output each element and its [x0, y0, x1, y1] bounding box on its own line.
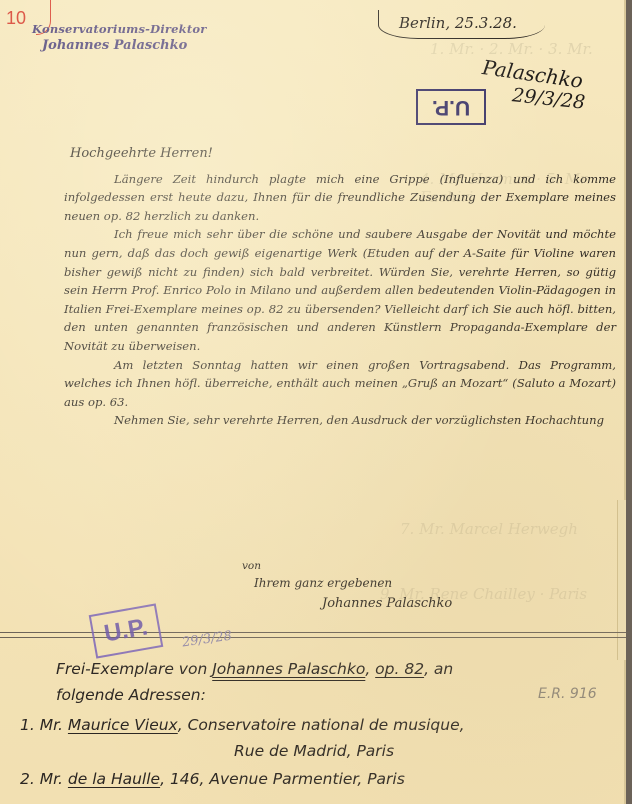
- letter-paragraph: Nehmen Sie, sehr verehrte Herren, den Au…: [64, 411, 616, 430]
- address-name: de la Haulle: [68, 770, 160, 788]
- address-title: Mr.: [40, 716, 63, 734]
- place-date: Berlin, 25.3.28.: [378, 10, 545, 39]
- address-title: Mr.: [40, 770, 63, 788]
- note-heading: Frei-Exemplare von Johannes Palaschko, o…: [56, 660, 453, 678]
- letter-paragraph: Am letzten Sonntag hatten wir einen groß…: [64, 356, 616, 412]
- letter-paragraph: Ich freue mich sehr über die schöne und …: [64, 225, 616, 355]
- address-item: 2. Mr. de la Haulle, 146, Avenue Parment…: [20, 770, 405, 788]
- note-heading-line2: folgende Adressen:: [56, 686, 206, 704]
- letterhead-role: Konservatoriums-Direktor: [32, 22, 206, 36]
- heading-opus: op. 82: [375, 660, 424, 678]
- letter-paragraph: Längere Zeit hindurch plagte mich eine G…: [64, 170, 616, 226]
- letter-closing: von Ihrem ganz ergebenen Johannes Palasc…: [64, 560, 604, 611]
- bleed-through-text: 1. Mr. · 2. Mr. · 3. Mr.: [430, 40, 593, 58]
- signature: Johannes Palaschko: [322, 596, 604, 611]
- bleed-through-text: 7. Mr. Marcel Herwegh: [400, 520, 578, 538]
- closing-von: von: [242, 560, 604, 572]
- heading-prefix: Frei-Exemplare von: [56, 660, 212, 678]
- address-name: Maurice Vieux: [68, 716, 178, 734]
- address-number: 1.: [20, 716, 35, 734]
- letterhead-name: Johannes Palaschko: [42, 38, 206, 53]
- address-number: 2.: [20, 770, 35, 788]
- up-stamp-top: U.P.: [416, 89, 486, 125]
- reference-number: E.R. 916: [538, 686, 597, 702]
- stamp-text: U.P.: [102, 613, 150, 648]
- heading-separator: ,: [365, 660, 375, 678]
- address-line2: Rue de Madrid, Paris: [234, 742, 394, 760]
- address-line1: , Conservatoire national de musique,: [178, 716, 465, 734]
- closing-phrase: Ihrem ganz ergebenen: [254, 576, 604, 590]
- address-item: 1. Mr. Maurice Vieux, Conservatoire nati…: [20, 716, 465, 734]
- address-line1: , 146, Avenue Parmentier, Paris: [160, 770, 405, 788]
- salutation: Hochgeehrte Herren!: [70, 145, 616, 164]
- letter-page: 1. Mr. · 2. Mr. · 3. Mr. 4. Mr. Herman ·…: [0, 0, 626, 804]
- heading-suffix: , an: [424, 660, 453, 678]
- stamp-text: U.P.: [432, 95, 470, 119]
- letter-body: Hochgeehrte Herren! Längere Zeit hindurc…: [64, 145, 616, 430]
- up-stamp-bottom: U.P.: [89, 603, 164, 658]
- letterhead: Konservatoriums-Direktor Johannes Palasc…: [32, 22, 206, 53]
- archive-number: 10: [6, 8, 26, 29]
- heading-composer: Johannes Palaschko: [212, 660, 365, 678]
